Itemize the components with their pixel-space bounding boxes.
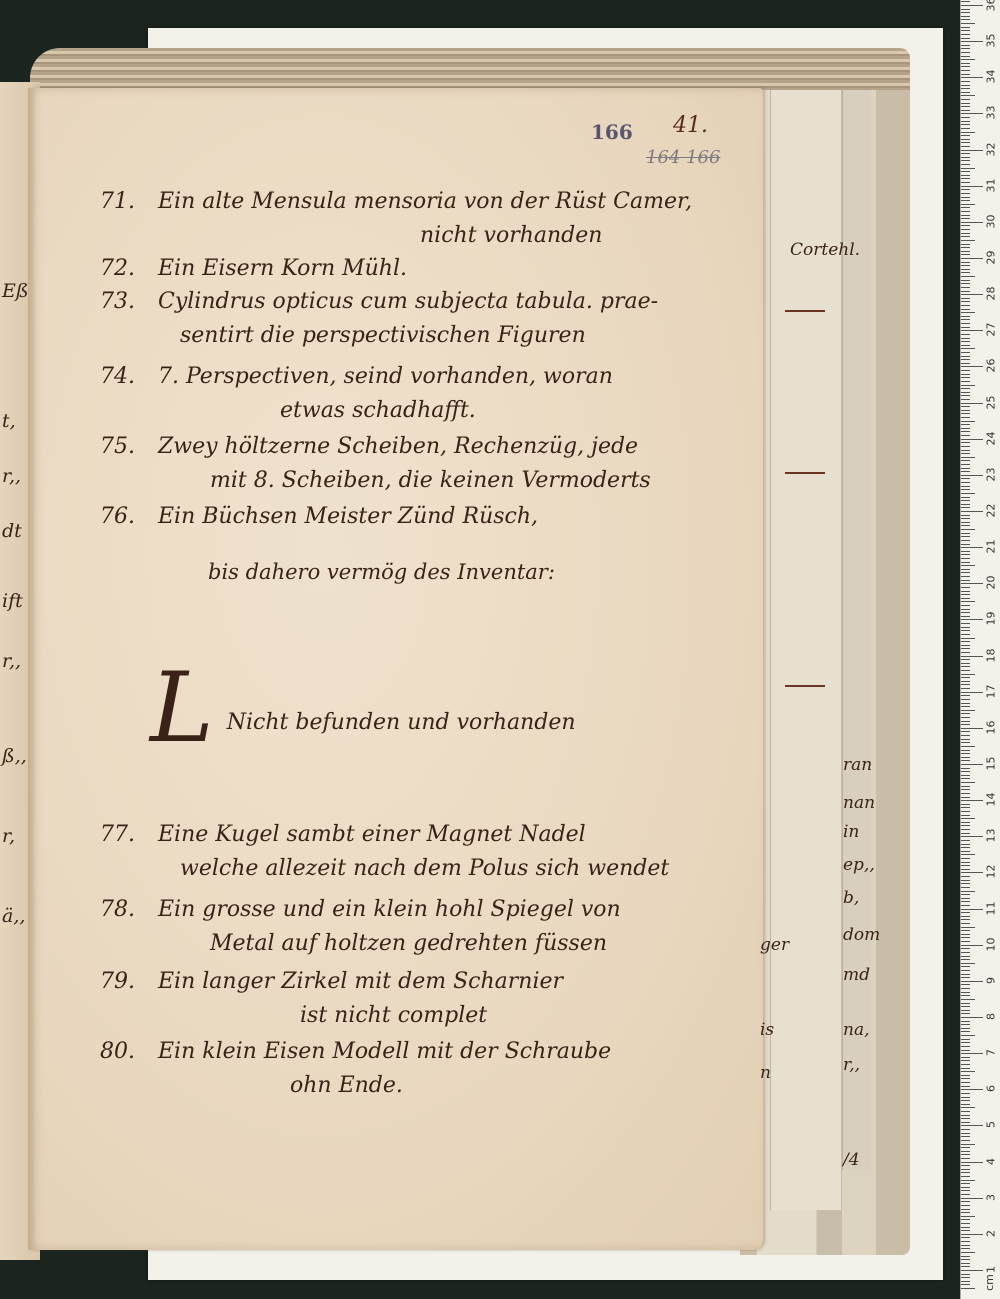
ruler-tick <box>961 309 970 310</box>
section-heading-text: Nicht befunden und vorhanden <box>227 710 576 735</box>
ruler-cm-label: 30 <box>985 213 998 229</box>
ruler-tick <box>961 742 970 743</box>
ruler-tick <box>961 536 970 537</box>
ruler-tick <box>961 283 970 284</box>
ruler-tick <box>961 995 970 996</box>
ruler-tick <box>961 1104 970 1105</box>
ruler-cm-label: 4 <box>985 1153 998 1169</box>
ruler-tick <box>961 19 970 20</box>
ruler-tick <box>961 854 975 855</box>
facing-page-fragment: t, <box>2 410 16 432</box>
ruler-tick <box>961 833 970 834</box>
ruler-tick <box>961 1021 970 1022</box>
ruler-tick <box>961 301 970 302</box>
ruler-tick <box>961 544 970 545</box>
ruler-cm-label: 2 <box>985 1225 998 1241</box>
ruler-tick <box>961 562 970 563</box>
ruler-tick <box>961 352 970 353</box>
ruler-tick <box>961 583 983 584</box>
ruler-tick <box>961 1035 975 1036</box>
ruler-tick <box>961 992 970 993</box>
ruler-tick <box>961 251 970 252</box>
ruler-tick <box>961 1162 983 1163</box>
ruler-tick <box>961 887 970 888</box>
entry-text: Ein klein Eisen Modell mit der Schraube <box>158 1035 611 1069</box>
ruler-tick <box>961 132 975 133</box>
ruler-tick <box>961 1082 970 1083</box>
entry-text: Zwey höltzerne Scheiben, Rechenzüg, jede <box>158 430 638 464</box>
entry-text: Ein langer Zirkel mit dem Scharnier <box>158 965 563 999</box>
ruler-tick <box>961 977 970 978</box>
ruler-tick <box>961 1140 970 1141</box>
ruler-tick <box>961 1057 970 1058</box>
ruler-tick <box>961 1205 970 1206</box>
entry-text: Ein Eisern Korn Mühl. <box>158 252 407 286</box>
ruler-tick <box>961 923 970 924</box>
ruler-tick <box>961 1100 970 1101</box>
ruler-tick <box>961 16 970 17</box>
ruler-tick <box>961 1252 975 1253</box>
page-gutter <box>28 88 36 1250</box>
ruler-tick <box>961 750 970 751</box>
entry-number: 77. <box>100 818 150 852</box>
ruler-tick <box>961 872 983 873</box>
manuscript-scan: 166 41. 164 166 71. Ein alte Mensula men… <box>0 0 1000 1299</box>
ruler-tick <box>961 225 970 226</box>
ruler-tick <box>961 1006 970 1007</box>
ruler-tick <box>961 880 970 881</box>
ruler-tick <box>961 52 970 53</box>
ruler-tick <box>961 56 970 57</box>
ruler-tick <box>961 829 970 830</box>
ruler-tick <box>961 294 983 295</box>
ruler-tick <box>961 478 970 479</box>
underlying-page-fragment: /4 <box>843 1150 860 1170</box>
ruler-tick <box>961 338 970 339</box>
ruler-tick <box>961 182 970 183</box>
ruler-cm-label: 12 <box>985 864 998 880</box>
ruler-tick <box>961 844 970 845</box>
ruler-tick <box>961 9 970 10</box>
ruler-tick <box>961 88 970 89</box>
section-heading: L Nicht befunden und vorhanden <box>150 660 576 756</box>
ruler-tick <box>961 847 970 848</box>
ruler-tick <box>961 576 970 577</box>
entry-number: 80. <box>100 1035 150 1069</box>
ruler-tick <box>961 236 970 237</box>
ruler-tick <box>961 1270 983 1271</box>
ruler-tick <box>961 1144 975 1145</box>
underlying-page-fragment: n <box>760 1063 771 1083</box>
ruler-tick <box>961 272 970 273</box>
ruler-tick <box>961 468 970 469</box>
ruler-tick <box>961 475 983 476</box>
ruler-tick <box>961 507 970 508</box>
ruler-tick <box>961 974 970 975</box>
ruler-cm-label: 24 <box>985 430 998 446</box>
ruler-tick <box>961 710 975 711</box>
entry-number: 71. <box>100 185 150 219</box>
ruler-tick <box>961 1010 970 1011</box>
ruler-tick <box>961 836 983 837</box>
ruler-cm-label: 23 <box>985 466 998 482</box>
ruler-tick <box>961 417 970 418</box>
ruler-tick <box>961 157 970 158</box>
ruler-tick <box>961 1151 970 1152</box>
ruler-tick <box>961 1288 975 1289</box>
ruler-tick <box>961 1158 970 1159</box>
ruler-tick <box>961 424 970 425</box>
ruler-tick <box>961 312 975 313</box>
entry-text: Cylindrus opticus cum subjecta tabula. p… <box>158 285 658 319</box>
ruler-tick <box>961 652 970 653</box>
ruler-tick <box>961 135 970 136</box>
ruler-tick <box>961 1046 970 1047</box>
ruler-tick <box>961 905 970 906</box>
ruler-tick <box>961 688 970 689</box>
ruler-tick <box>961 366 983 367</box>
ruler-cm-label: 28 <box>985 286 998 302</box>
ruler-tick <box>961 348 975 349</box>
entry-text-cont: nicht vorhanden <box>420 219 602 253</box>
ruler-tick <box>961 970 970 971</box>
ruler-tick <box>961 721 970 722</box>
ruler-tick <box>961 648 970 649</box>
ruler-tick <box>961 106 970 107</box>
ruler-tick <box>961 1042 970 1043</box>
ruler-tick <box>961 395 970 396</box>
ruler-tick <box>961 460 970 461</box>
ruler-tick <box>961 1031 970 1032</box>
ruler-tick <box>961 818 975 819</box>
ruler-tick <box>961 1227 970 1228</box>
ruler-tick <box>961 1259 970 1260</box>
ruler-tick <box>961 883 970 884</box>
ruler-tick <box>961 334 970 335</box>
ruler-tick <box>961 1219 970 1220</box>
ruler-tick <box>961 121 970 122</box>
ruler-tick <box>961 164 970 165</box>
ruler-tick <box>961 1194 970 1195</box>
ruler-tick <box>961 1216 975 1217</box>
facing-page-fragment: ß,, <box>2 745 27 767</box>
ruler-tick <box>961 464 970 465</box>
ruler-tick <box>961 645 970 646</box>
facing-page-fragment: ift <box>2 590 23 612</box>
ruler-tick <box>961 959 970 960</box>
ruler-cm-label: 10 <box>985 936 998 952</box>
ruler-tick <box>961 1060 970 1061</box>
ruler-tick <box>961 1064 970 1065</box>
ruler-cm-label: 35 <box>985 33 998 49</box>
ruler-tick <box>961 937 970 938</box>
ruler-tick <box>961 113 983 114</box>
ruler-tick <box>961 800 983 801</box>
ruler-tick <box>961 269 970 270</box>
ruler-cm-label: 22 <box>985 503 998 519</box>
ruler-tick <box>961 150 983 151</box>
ruler-cm-label: 27 <box>985 322 998 338</box>
ruler-tick <box>961 941 970 942</box>
ruler-tick <box>961 612 970 613</box>
underlying-page-fragment: nan <box>843 793 875 813</box>
ruler-tick <box>961 12 970 13</box>
ruler-tick <box>961 1172 970 1173</box>
ruler-tick <box>961 713 970 714</box>
ruler-tick <box>961 446 970 447</box>
ruler-tick <box>961 168 975 169</box>
ruler-tick <box>961 1107 975 1108</box>
ruler-tick <box>961 554 970 555</box>
ruler-cm-label: 5 <box>985 1117 998 1133</box>
facing-page-fragment: Eß <box>2 280 29 302</box>
ruler-tick <box>961 200 970 201</box>
ruler-tick <box>961 1097 970 1098</box>
entry-number: 72. <box>100 252 150 286</box>
underlying-page-fragment: dom <box>843 925 880 945</box>
ruler-tick <box>961 341 970 342</box>
ruler-tick <box>961 1017 983 1018</box>
underlying-page-fragment: ep,, <box>843 855 875 875</box>
underlying-page-fragment: r,, <box>843 1055 860 1075</box>
closing-line: bis dahero vermög des Inventar: <box>208 560 555 584</box>
ruler-tick <box>961 587 970 588</box>
ruler-tick <box>961 909 983 910</box>
ruler-tick <box>961 23 975 24</box>
ruler-tick <box>961 695 970 696</box>
ruler-tick <box>961 775 970 776</box>
ruler-tick <box>961 280 970 281</box>
ruler-tick <box>961 1129 970 1130</box>
ruler-tick <box>961 1256 970 1257</box>
ruler-tick <box>961 1223 970 1224</box>
ruler-tick <box>961 569 970 570</box>
ruler-tick <box>961 1111 970 1112</box>
ruler-tick <box>961 222 983 223</box>
ruler-tick <box>961 793 970 794</box>
folio-ink-number: 41. <box>673 113 708 138</box>
ruler-tick <box>961 1183 970 1184</box>
ruler-tick <box>961 601 975 602</box>
ruler-tick <box>961 1093 970 1094</box>
ruler-tick <box>961 627 970 628</box>
ruler-tick <box>961 952 970 953</box>
ruler-tick <box>961 851 970 852</box>
ruler-cm-label: 1 <box>985 1262 998 1278</box>
ruler-tick <box>961 34 970 35</box>
ruler-tick <box>961 374 970 375</box>
ruler-tick <box>961 330 983 331</box>
underlying-page-fragment: is <box>760 1020 774 1040</box>
ruler-tick <box>961 677 970 678</box>
ruler-tick <box>961 406 970 407</box>
entry-number: 74. <box>100 360 150 394</box>
ruler-tick <box>961 457 975 458</box>
ruler-tick <box>961 77 983 78</box>
ruler-tick <box>961 912 970 913</box>
ruler-tick <box>961 551 970 552</box>
ruler-tick <box>961 956 970 957</box>
ruler-cm-label: 19 <box>985 611 998 627</box>
entry-text-cont: ist nicht complet <box>300 999 487 1033</box>
ruler-tick <box>961 482 970 483</box>
ruler-tick <box>961 533 970 534</box>
ruler-cm-label: 3 <box>985 1189 998 1205</box>
ruler-tick <box>961 48 970 49</box>
ruler-tick <box>961 656 983 657</box>
ruler-tick <box>961 945 983 946</box>
ruler-tick <box>961 525 970 526</box>
ruler-tick <box>961 1209 970 1210</box>
ruler-tick <box>961 746 975 747</box>
ruler-tick <box>961 703 970 704</box>
ruler-cm-label: 29 <box>985 250 998 266</box>
ruler-tick <box>961 356 970 357</box>
ruler-tick <box>961 515 970 516</box>
ruler-tick <box>961 453 970 454</box>
ruler-tick <box>961 1075 970 1076</box>
ruler-tick <box>961 276 975 277</box>
ruler-tick <box>961 218 970 219</box>
ruler-tick <box>961 768 970 769</box>
ruler-tick <box>961 193 970 194</box>
ruler-tick <box>961 598 970 599</box>
ruler-tick <box>961 413 970 414</box>
ruler-tick <box>961 204 975 205</box>
ruler-tick <box>961 421 975 422</box>
ruler-tick <box>961 580 970 581</box>
facing-page-fragment: r,, <box>2 650 21 672</box>
entry-text-cont: Metal auf holtzen gedrehten füssen <box>210 927 607 961</box>
ruler-tick <box>961 45 970 46</box>
entry-number: 78. <box>100 893 150 927</box>
ruler-tick <box>961 1086 970 1087</box>
ruler-cm-label: 7 <box>985 1045 998 1061</box>
ruler-tick <box>961 1013 970 1014</box>
ruler-tick <box>961 287 970 288</box>
ruler-tick <box>961 916 970 917</box>
ruler-tick <box>961 717 970 718</box>
ruler-tick <box>961 1274 970 1275</box>
ruler-cm-label: 14 <box>985 792 998 808</box>
ruler-tick <box>961 500 970 501</box>
ruler-tick <box>961 381 970 382</box>
ruler-tick <box>961 529 975 530</box>
underlying-page-fragment: md <box>843 965 870 985</box>
ruler-tick <box>961 186 983 187</box>
ruler-cm-label: 18 <box>985 647 998 663</box>
ruler-tick <box>961 565 975 566</box>
ruler-tick <box>961 392 970 393</box>
ruler-tick <box>961 450 970 451</box>
folio-stamp-number: 166 <box>591 120 633 144</box>
ruler-tick <box>961 497 970 498</box>
ruler-tick <box>961 594 970 595</box>
entry-text: Ein grosse und ein klein hohl Spiegel vo… <box>158 893 621 927</box>
ruler-tick <box>961 207 970 208</box>
ruler-tick <box>961 110 970 111</box>
ruler-tick <box>961 891 975 892</box>
ruler-tick <box>961 757 970 758</box>
ruler-tick <box>961 934 970 935</box>
ruler-tick <box>961 370 970 371</box>
ruler-tick <box>961 1133 970 1134</box>
underlying-page-fragment: ran <box>843 755 872 775</box>
ruler-tick <box>961 862 970 863</box>
underlying-page-fragment: ger <box>760 935 789 955</box>
ruler-cm-label: 25 <box>985 394 998 410</box>
underlying-page-fragment: Cortehl. <box>790 240 860 260</box>
page-edges-top <box>30 48 910 90</box>
ink-dash-mark <box>785 685 825 687</box>
ruler-tick <box>961 1248 970 1249</box>
ruler-tick <box>961 1230 970 1231</box>
ruler-tick <box>961 493 975 494</box>
ruler-tick <box>961 81 970 82</box>
ruler-tick <box>961 1089 983 1090</box>
ruler-tick <box>961 1234 983 1235</box>
ruler-tick <box>961 771 970 772</box>
ruler-tick <box>961 1115 970 1116</box>
ruler-tick <box>961 244 970 245</box>
ruler-cm-label: 34 <box>985 69 998 85</box>
ruler-tick <box>961 377 970 378</box>
ruler-tick <box>961 291 970 292</box>
ruler-tick <box>961 486 970 487</box>
ink-dash-mark <box>785 472 825 474</box>
ruler-tick <box>961 963 975 964</box>
ruler-tick <box>961 1237 970 1238</box>
ruler-tick <box>961 1263 970 1264</box>
ruler-tick <box>961 1266 970 1267</box>
ruler-tick <box>961 840 970 841</box>
ruler-tick <box>961 1118 970 1119</box>
ruler-tick <box>961 739 970 740</box>
ruler-tick <box>961 1039 970 1040</box>
ruler-tick <box>961 659 970 660</box>
ruler-tick <box>961 789 970 790</box>
ruler-tick <box>961 142 970 143</box>
ruler-tick <box>961 988 970 989</box>
ruler-tick <box>961 146 970 147</box>
ruler-tick <box>961 38 970 39</box>
ruler-tick <box>961 1284 970 1285</box>
ruler-tick <box>961 1245 970 1246</box>
ruler-tick <box>961 240 975 241</box>
ruler-tick <box>961 178 970 179</box>
ruler-tick <box>961 211 970 212</box>
ruler-tick <box>961 511 983 512</box>
ruler-tick <box>961 811 970 812</box>
entry-number: 73. <box>100 285 150 319</box>
ruler-tick <box>961 984 970 985</box>
ruler-tick <box>961 927 975 928</box>
measurement-ruler: cm 1234567891011121314151617181920212223… <box>960 0 1000 1299</box>
ruler-tick <box>961 522 970 523</box>
ruler-tick <box>961 197 970 198</box>
ruler-tick <box>961 1136 970 1137</box>
ruler-tick <box>961 948 970 949</box>
ruler-tick <box>961 609 970 610</box>
entry-text: Ein alte Mensula mensoria von der Rüst C… <box>158 185 692 219</box>
ruler-tick <box>961 139 970 140</box>
ruler-tick <box>961 171 970 172</box>
ruler-tick <box>961 619 983 620</box>
ruler-tick <box>961 674 975 675</box>
ruler-tick <box>961 1003 970 1004</box>
ruler-tick <box>961 778 970 779</box>
ruler-tick <box>961 403 983 404</box>
